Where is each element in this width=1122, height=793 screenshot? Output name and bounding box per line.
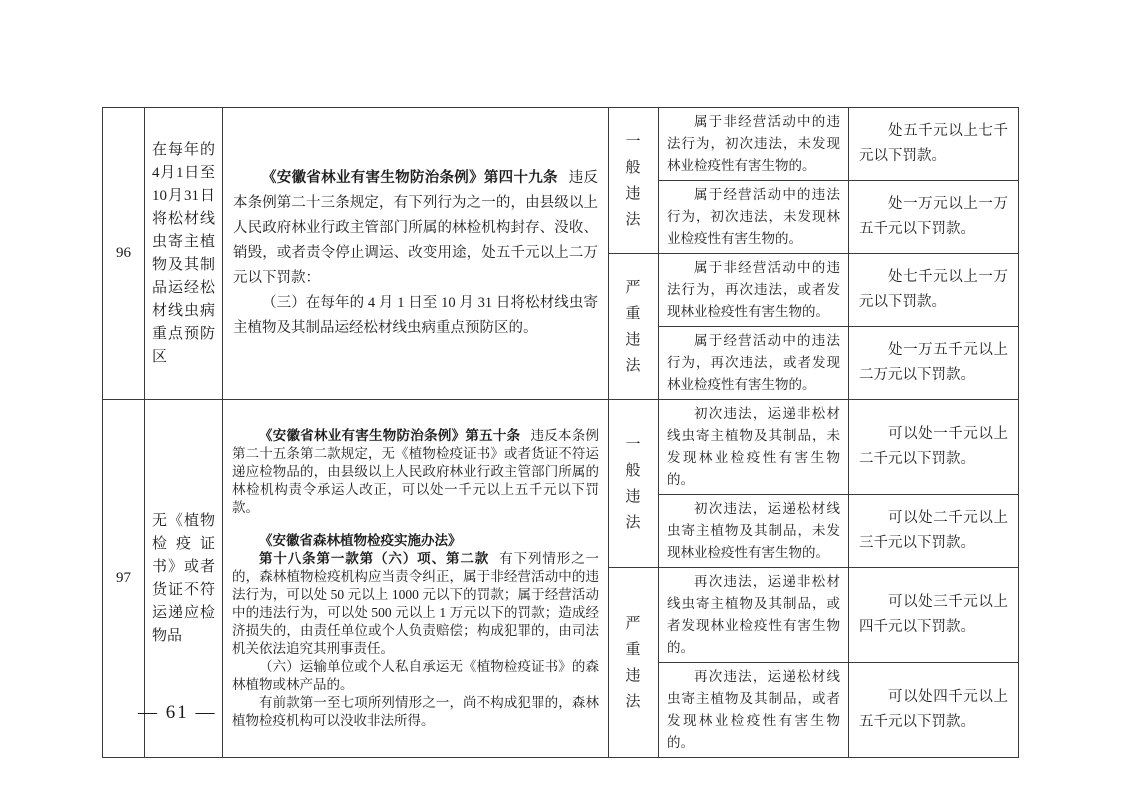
law-title: 《安徽省森林植物检疫实施办法》: [259, 533, 462, 548]
legal-paragraph: 第十八条第一款第（六）项、第二款有下列情形之一的，森林植物检疫机构应当责令纠正，…: [232, 550, 599, 658]
law-text: （三）在每年的 4 月 1 日至 10 月 31 日将松材线虫寄主植物及其制品运…: [233, 295, 598, 336]
severity-cell-severe: 严重违法: [609, 568, 659, 758]
circumstance-cell: 初次违法，运递松材线虫寄主植物及其制品，未发现林业检疫性有害生物的。: [659, 495, 849, 568]
penalty-text: 可以处一千元以上二千元以下罚款。: [859, 422, 1008, 472]
penalty-table: 96 在每年的4月1日至10月31日将松材线虫寄主植物及其制品运经松材线虫病重点…: [102, 107, 1019, 758]
row-number-cell: 96: [103, 108, 145, 400]
penalty-text: 处一万五千元以上二万元以下罚款。: [859, 338, 1008, 388]
legal-paragraph: （六）运输单位或个人私自承运无《植物检疫证书》的森林植物或林产品的。: [232, 658, 599, 694]
legal-paragraph: 《安徽省林业有害生物防治条例》第四十九条违反本条例第二十三条规定，有下列行为之一…: [233, 166, 598, 291]
circumstance-text: 初次违法，运递非松材线虫寄主植物及其制品，未发现林业检疫性有害生物的。: [667, 403, 840, 491]
legal-paragraph: 《安徽省森林植物检疫实施办法》: [232, 532, 599, 550]
penalty-text: 处一万元以上一万五千元以下罚款。: [859, 192, 1008, 242]
law-text: 违反本条例第二十三条规定，有下列行为之一的，由县级以上人民政府林业行政主管部门所…: [233, 170, 598, 286]
violation-name-cell: 在每年的4月1日至10月31日将松材线虫寄主植物及其制品运经松材线虫病重点预防区: [145, 108, 223, 400]
law-text: 有下列情形之一的，森林植物检疫机构应当责令纠正，属于非经营活动中的违法行为，可以…: [232, 551, 599, 656]
circumstance-text: 初次违法，运递松材线虫寄主植物及其制品，未发现林业检疫性有害生物的。: [667, 498, 840, 564]
law-text: （六）运输单位或个人私自承运无《植物检疫证书》的森林植物或林产品的。: [232, 659, 599, 692]
penalty-text: 可以处四千元以上五千元以下罚款。: [859, 685, 1008, 735]
circumstance-text: 再次违法，运递松材线虫寄主植物及其制品，或者发现林业检疫性有害生物的。: [667, 666, 840, 754]
penalty-cell: 处一万五千元以上二万元以下罚款。: [849, 327, 1019, 400]
circumstance-cell: 初次违法，运递非松材线虫寄主植物及其制品，未发现林业检疫性有害生物的。: [659, 400, 849, 495]
circumstance-cell: 再次违法，运递非松材线虫寄主植物及其制品，或者发现林业检疫性有害生物的。: [659, 568, 849, 663]
circumstance-text: 属于非经营活动中的违法行为，初次违法，未发现林业检疫性有害生物的。: [667, 111, 840, 177]
circumstance-cell: 属于非经营活动中的违法行为，再次违法，或者发现林业检疫性有害生物的。: [659, 254, 849, 327]
penalty-cell: 可以处四千元以上五千元以下罚款。: [849, 663, 1019, 758]
severity-label: 严重违法: [619, 611, 649, 715]
legal-paragraph: 有前款第一至七项所列情形之一，尚不构成犯罪的，森林植物检疫机构可以没收非法所得。: [232, 694, 599, 730]
circumstance-cell: 属于非经营活动中的违法行为，初次违法，未发现林业检疫性有害生物的。: [659, 108, 849, 181]
law-title: 《安徽省林业有害生物防治条例》第五十条: [259, 428, 520, 443]
circumstance-text: 属于经营活动中的违法行为，初次违法，未发现林业检疫性有害生物的。: [667, 184, 840, 250]
circumstance-cell: 属于经营活动中的违法行为，初次违法，未发现林业检疫性有害生物的。: [659, 181, 849, 254]
circumstance-text: 属于非经营活动中的违法行为，再次违法，或者发现林业检疫性有害生物的。: [667, 257, 840, 323]
severity-cell-severe: 严重违法: [609, 254, 659, 400]
penalty-cell: 处五千元以上七千元以下罚款。: [849, 108, 1019, 181]
circumstance-cell: 再次违法，运递松材线虫寄主植物及其制品，或者发现林业检疫性有害生物的。: [659, 663, 849, 758]
penalty-cell: 可以处三千元以上四千元以下罚款。: [849, 568, 1019, 663]
legal-basis-cell: 《安徽省林业有害生物防治条例》第四十九条违反本条例第二十三条规定，有下列行为之一…: [223, 108, 609, 400]
circumstance-text: 属于经营活动中的违法行为，再次违法，或者发现林业检疫性有害生物的。: [667, 330, 840, 396]
penalty-text: 可以处二千元以上三千元以下罚款。: [859, 506, 1008, 556]
legal-basis-cell: 《安徽省林业有害生物防治条例》第五十条违反本条例第二十五条第二款规定，无《植物检…: [223, 400, 609, 758]
severity-cell-general: 一般违法: [609, 400, 659, 568]
document-page: 96 在每年的4月1日至10月31日将松材线虫寄主植物及其制品运经松材线虫病重点…: [0, 0, 1122, 793]
page-number: — 61 —: [138, 702, 217, 724]
penalty-text: 处七千元以上一万元以下罚款。: [859, 265, 1008, 315]
penalty-text: 处五千元以上七千元以下罚款。: [859, 119, 1008, 169]
legal-paragraph: 《安徽省林业有害生物防治条例》第五十条违反本条例第二十五条第二款规定，无《植物检…: [232, 427, 599, 517]
law-title: 第十八条第一款第（六）项、第二款: [259, 551, 489, 566]
severity-label: 一般违法: [619, 129, 649, 233]
severity-cell-general: 一般违法: [609, 108, 659, 254]
penalty-cell: 可以处一千元以上二千元以下罚款。: [849, 400, 1019, 495]
law-title: 《安徽省林业有害生物防治条例》第四十九条: [262, 170, 558, 186]
circumstance-text: 再次违法，运递非松材线虫寄主植物及其制品，或者发现林业检疫性有害生物的。: [667, 571, 840, 659]
legal-paragraph: （三）在每年的 4 月 1 日至 10 月 31 日将松材线虫寄主植物及其制品运…: [233, 291, 598, 341]
law-text: 有前款第一至七项所列情形之一，尚不构成犯罪的，森林植物检疫机构可以没收非法所得。: [232, 695, 599, 728]
penalty-cell: 处一万元以上一万五千元以下罚款。: [849, 181, 1019, 254]
severity-label: 一般违法: [619, 432, 649, 536]
penalty-cell: 可以处二千元以上三千元以下罚款。: [849, 495, 1019, 568]
circumstance-cell: 属于经营活动中的违法行为，再次违法，或者发现林业检疫性有害生物的。: [659, 327, 849, 400]
penalty-cell: 处七千元以上一万元以下罚款。: [849, 254, 1019, 327]
severity-label: 严重违法: [619, 275, 649, 379]
penalty-text: 可以处三千元以上四千元以下罚款。: [859, 590, 1008, 640]
